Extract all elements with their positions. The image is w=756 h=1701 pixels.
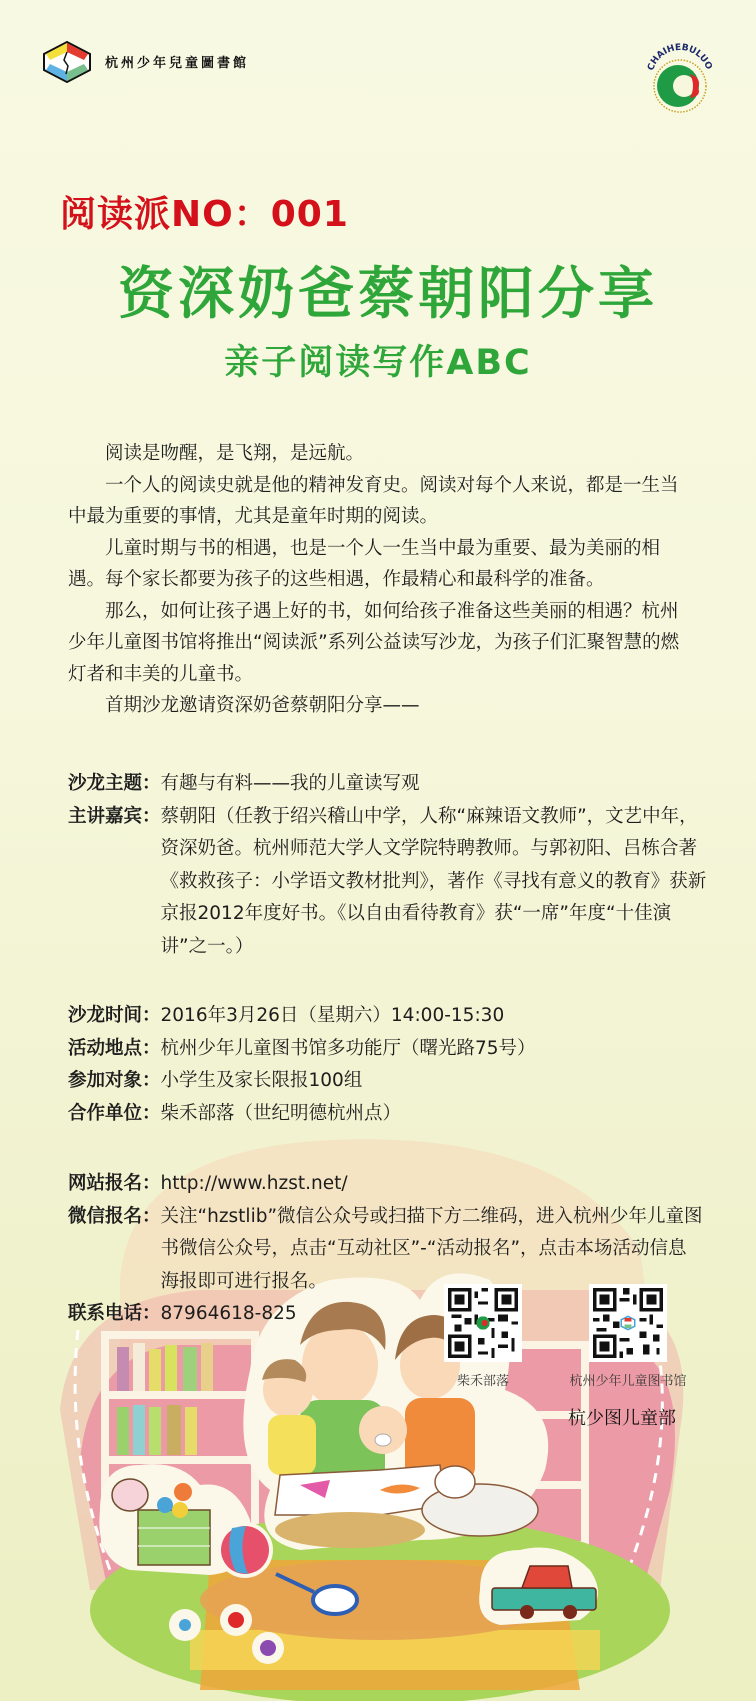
event-row-location: 活动地点： 杭州少年儿童图书馆多功能厅（曙光路75号） (68, 1033, 708, 1066)
library-name: 杭州少年兒童圖書館 (105, 52, 249, 71)
qr-code-library[interactable] (589, 1284, 667, 1362)
intro-paragraph: 一个人的阅读史就是他的精神发育史。阅读对每个人来说，都是一生当中最为重要的事情，… (68, 470, 692, 533)
event-label: 活动地点： (68, 1033, 161, 1066)
event-value: 杭州少年儿童图书馆多功能厅（曙光路75号） (161, 1033, 708, 1066)
intro-paragraph: 阅读是吻醒，是飞翔，是远航。 (68, 438, 692, 470)
registration-row-website: 网站报名： http://www.hzst.net/ (68, 1168, 708, 1201)
department-signature: 杭少图儿童部 (568, 1404, 676, 1430)
intro-paragraph: 儿童时期与书的相遇，也是一个人一生当中最为重要、最为美丽的相遇。每个家长都要为孩… (68, 533, 692, 596)
event-info: 沙龙时间： 2016年3月26日（星期六）14:00-15:30 活动地点： 杭… (68, 1000, 708, 1130)
detail-row-theme: 沙龙主题： 有趣与有料——我的儿童读写观 (68, 768, 708, 801)
detail-row-speaker: 主讲嘉宾： 蔡朝阳（任教于绍兴稽山中学，人称“麻辣语文教师”，文艺中年，资深奶爸… (68, 801, 708, 964)
registration-label: 微信报名： (68, 1201, 161, 1299)
event-label: 参加对象： (68, 1065, 161, 1098)
intro-paragraph: 首期沙龙邀请资深奶爸蔡朝阳分享—— (68, 690, 692, 722)
qr-code-chaihe[interactable] (444, 1284, 522, 1362)
event-row-audience: 参加对象： 小学生及家长限报100组 (68, 1065, 708, 1098)
event-label: 沙龙时间： (68, 1000, 161, 1033)
detail-label: 沙龙主题： (68, 768, 161, 801)
intro-text: 阅读是吻醒，是飞翔，是远航。 一个人的阅读史就是他的精神发育史。阅读对每个人来说… (68, 438, 692, 722)
registration-label: 联系电话： (68, 1298, 161, 1331)
event-value: 柴禾部落（世纪明德杭州点） (161, 1098, 708, 1131)
main-title: 资深奶爸蔡朝阳分享 (0, 250, 756, 330)
website-link[interactable]: http://www.hzst.net/ (161, 1168, 708, 1201)
detail-value: 蔡朝阳（任教于绍兴稽山中学，人称“麻辣语文教师”，文艺中年，资深奶爸。杭州师范大… (161, 801, 708, 964)
series-title: 阅读派NO：001 (60, 186, 349, 237)
library-logo-icon (42, 40, 92, 84)
qr-caption: 杭州少年儿童图书馆 (560, 1370, 696, 1389)
event-label: 合作单位： (68, 1098, 161, 1131)
sub-title: 亲子阅读写作ABC (0, 335, 756, 385)
event-row-partner: 合作单位： 柴禾部落（世纪明德杭州点） (68, 1098, 708, 1131)
partner-logo-icon: CHAIHEBULUO (640, 38, 720, 118)
event-value: 小学生及家长限报100组 (161, 1065, 708, 1098)
registration-label: 网站报名： (68, 1168, 161, 1201)
intro-paragraph: 那么，如何让孩子遇上好的书，如何给孩子准备这些美丽的相遇？杭州少年儿童图书馆将推… (68, 596, 692, 691)
salon-details: 沙龙主题： 有趣与有料——我的儿童读写观 主讲嘉宾： 蔡朝阳（任教于绍兴稽山中学… (68, 768, 708, 963)
qr-caption: 柴禾部落 (440, 1370, 526, 1389)
event-row-time: 沙龙时间： 2016年3月26日（星期六）14:00-15:30 (68, 1000, 708, 1033)
detail-label: 主讲嘉宾： (68, 801, 161, 964)
detail-value: 有趣与有料——我的儿童读写观 (161, 768, 708, 801)
event-value: 2016年3月26日（星期六）14:00-15:30 (161, 1000, 708, 1033)
